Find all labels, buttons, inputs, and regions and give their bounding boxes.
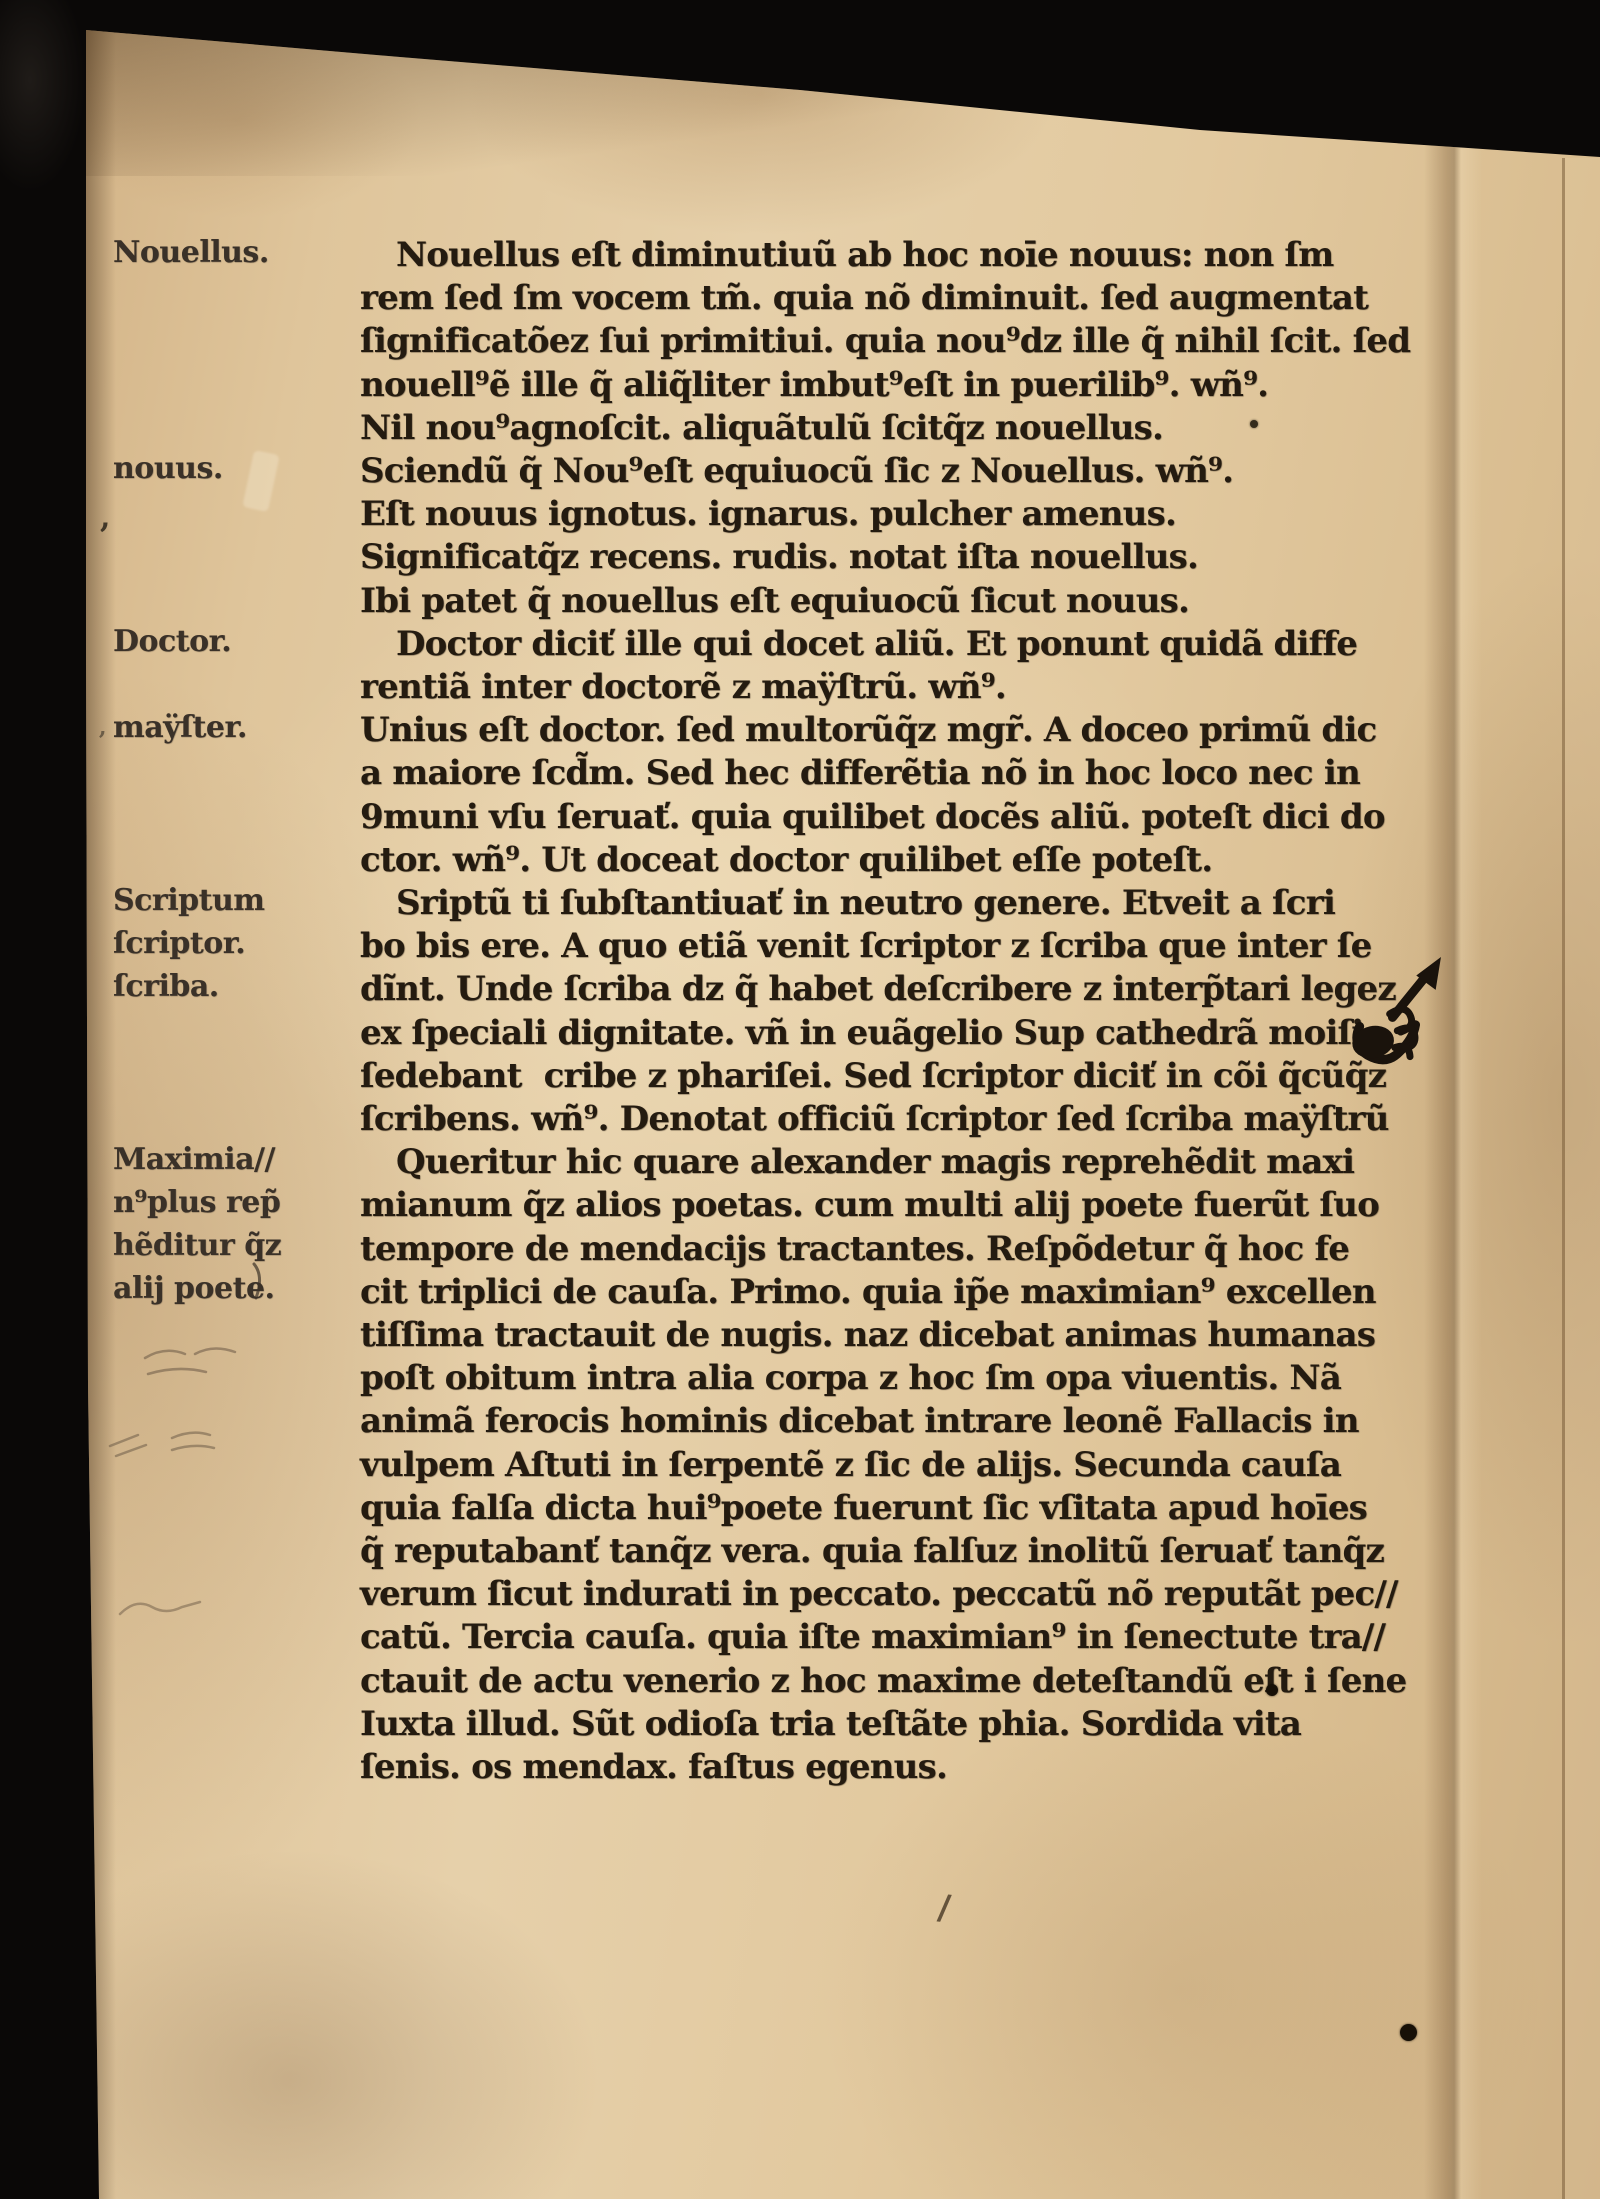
margin-note: Nouellus. [113, 235, 269, 270]
text-line: Nil nou⁹agnoſcit. aliquãtulũ ſcitq̃z nou… [360, 408, 1163, 448]
ink-dot [1400, 2024, 1417, 2041]
text-line: a maiore ſcd̃m. Sed hec differẽtia nõ in… [360, 753, 1360, 793]
text-line: Sriptũ ti ſubſtantiuať in neutro genere.… [396, 883, 1335, 923]
text-line: catũ. Tercia cauſa. quia iſte maximian⁹ … [360, 1617, 1385, 1657]
page-top-edge-shadow [86, 26, 1600, 176]
adjacent-leaf-strip [1565, 158, 1600, 2199]
margin-note: maÿſter. [113, 710, 247, 745]
text-line: Ibi patet q̃ nouellus eſt equiuocũ ſicut… [360, 581, 1189, 621]
ink-dot [1250, 420, 1258, 428]
text-line: verum ſicut indurati in peccato. peccatũ… [360, 1574, 1398, 1614]
marginalia-scribble [106, 1414, 266, 1472]
margin-note: ſcriba. [113, 969, 219, 1004]
text-line: Significatq̃z recens. rudis. notat iſta … [360, 537, 1198, 577]
text-line: Eſt nouus ignotus. ignarus. pulcher amen… [360, 494, 1176, 534]
text-line: bo bis ere. A quo etiã venit ſcriptor z … [360, 926, 1371, 966]
text-line: ſcribens. wñ⁹. Denotat officiũ ſcriptor … [360, 1099, 1389, 1139]
text-line: rentiã inter doctorẽ z maÿſtrũ. wñ⁹. [360, 667, 1006, 707]
page-fold-crease [1424, 140, 1482, 2199]
margin-note: nouus. [113, 451, 223, 486]
slash-mark: / [936, 1887, 953, 1928]
tiny-speck: ≈ [928, 80, 943, 101]
ink-dot [1266, 1684, 1278, 1696]
text-line: ctor. wñ⁹. Ut doceat doctor quilibet eſſ… [360, 840, 1212, 880]
text-line: ex ſpeciali dignitate. vñ in euãgelio Su… [360, 1013, 1363, 1053]
photo-of-book-page: { "photo": { "backdrop_color": "#0a0807"… [0, 0, 1600, 2199]
book-page: Nouellus.nouus.Doctor.maÿſter.Scriptumſc… [0, 0, 1600, 2199]
margin-note: n⁹plus rep̃ [113, 1185, 280, 1220]
text-line: nouell⁹ẽ ille q̃ aliq̃liter imbut⁹eſt in… [360, 365, 1268, 405]
margin-note: Doctor. [113, 624, 231, 659]
tape-shine-spot [242, 450, 279, 512]
text-line: rem ſed ſm vocem tm̃. quia nõ diminuit. … [360, 278, 1368, 318]
text-line: dĩnt. Unde ſcriba dz q̃ habet deſcribere… [360, 969, 1396, 1009]
comma-speck: , [100, 500, 110, 535]
text-line: Sciendũ q̃ Nou⁹eſt equiuocũ ſic z Nouell… [360, 451, 1233, 491]
text-line: Unius eſt doctor. ſed multorũq̃z mgr̃. A… [360, 710, 1376, 750]
margin-note: Scriptum [113, 883, 265, 918]
text-line: Queritur hic quare alexander magis repre… [396, 1142, 1354, 1182]
text-line: Iuxta illud. Sũt odioſa tria teſtãte phi… [360, 1704, 1301, 1744]
text-line: ſenis. os mendax. faſtus egenus. [360, 1747, 947, 1787]
text-line: ſedebant cribe z phariſei. Sed ſcriptor … [360, 1056, 1386, 1096]
margin-note: Maximia// [113, 1142, 275, 1177]
text-line: q̃ reputabanť tanq̃z vera. quia falſuz i… [360, 1531, 1384, 1571]
text-line: mianum q̃z alios poetas. cum multi alij … [360, 1185, 1379, 1225]
text-line: vulpem Aſtuti in ſerpentẽ z ſic de alijs… [360, 1445, 1341, 1485]
text-line: quia falſa dicta hui⁹poete fuerunt ſic v… [360, 1488, 1367, 1528]
text-line: poſt obitum intra alia corpa z hoc ſm op… [360, 1358, 1341, 1398]
marginalia-scribble [116, 1586, 216, 1634]
margin-note: hẽditur q̃z [113, 1228, 281, 1263]
apostrophe-speck: ’ [98, 726, 106, 755]
page-left-edge-shadow [86, 0, 116, 2199]
text-line: animã ferocis hominis dicebat intrare le… [360, 1401, 1359, 1441]
text-line: ſignificatõez ſui primitiui. quia nou⁹dz… [360, 321, 1410, 361]
marginalia-scribble [140, 1338, 260, 1388]
text-line: 9muni vſu ſeruať. quia quilibet docẽs al… [360, 797, 1385, 837]
margin-note: ſcriptor. [113, 926, 245, 961]
text-line: tiſſima tractauit de nugis. naz dicebat … [360, 1315, 1375, 1355]
text-line: ctauit de actu venerio z hoc maxime dete… [360, 1661, 1406, 1701]
text-line: cit triplici de cauſa. Primo. quia ip̃e … [360, 1272, 1376, 1312]
text-line: tempore de mendacijs tractantes. Reſpõde… [360, 1229, 1349, 1269]
text-line: Doctor diciť ille qui docet aliũ. Et pon… [396, 624, 1357, 664]
text-line: Nouellus eſt diminutiuũ ab hoc noīe nouu… [396, 235, 1333, 275]
marginalia-tail-mark [246, 1262, 270, 1306]
